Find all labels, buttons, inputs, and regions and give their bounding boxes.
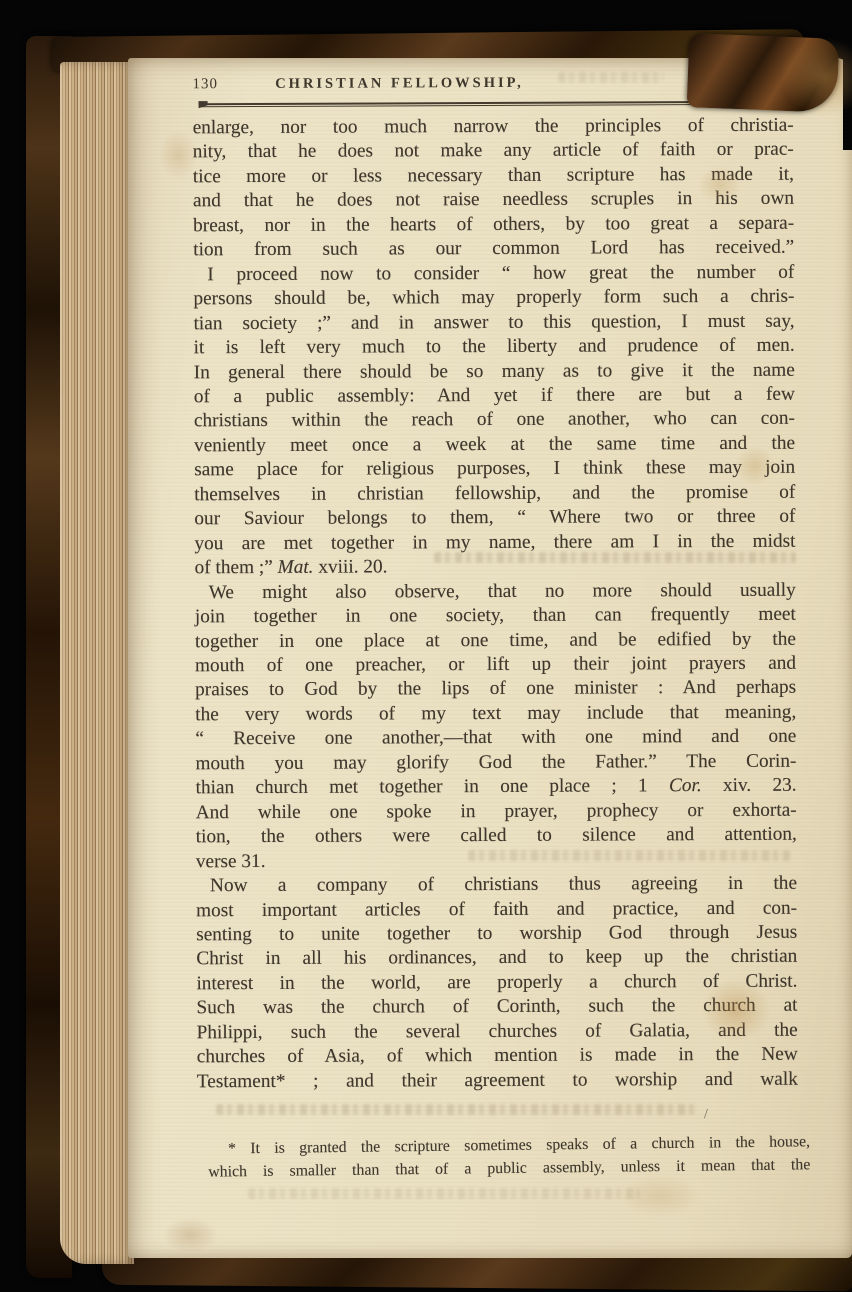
text-line: praises to God by the lips of one minist… <box>195 676 796 703</box>
text-line: breast, nor in the hearts of others, by … <box>193 211 794 238</box>
text-line: tian society ;” and in answer to this qu… <box>193 309 794 336</box>
book-page: 130 CHRISTIAN FELLOWSHIP, [SERM. IX. enl… <box>128 58 852 1258</box>
text-line: tion from such as our common Lord has re… <box>193 236 794 263</box>
text-line: you are met together in my name, there a… <box>194 529 795 556</box>
text-line: interest in the world, are properly a ch… <box>196 970 797 997</box>
book-cover-corner <box>687 33 840 113</box>
text-line: of them ;” Mat. xviii. 20. <box>195 554 796 581</box>
text-line: I proceed now to consider “ how great th… <box>193 260 794 287</box>
text-line: veniently meet once a week at the same t… <box>194 432 795 459</box>
page-fore-edge-stack <box>60 62 134 1264</box>
scanned-book-photo: 130 CHRISTIAN FELLOWSHIP, [SERM. IX. enl… <box>0 0 852 1292</box>
text-line: it is left very much to the liberty and … <box>194 334 795 361</box>
body-text: enlarge, nor too much narrow the princip… <box>193 114 798 1095</box>
stray-printing-mark: / <box>704 1107 708 1123</box>
text-line: together in one place at one time, and b… <box>195 627 796 654</box>
text-line: tion, the others were called to silence … <box>196 823 797 850</box>
text-line: “ Receive one another,—that with one min… <box>195 725 796 752</box>
text-line: churches of Asia, of which mention is ma… <box>197 1043 798 1070</box>
text-line: mouth you may glorify God the Father.” T… <box>195 749 796 776</box>
text-line: join together in one society, than can f… <box>195 603 796 630</box>
paragraph: We might also observe, that no more shou… <box>195 578 797 874</box>
text-line: most important articles of faith and pra… <box>196 896 797 923</box>
text-line: And while one spoke in prayer, prophecy … <box>196 798 797 825</box>
text-line: Testament* ; and their agreement to wors… <box>197 1067 798 1094</box>
paragraph: enlarge, nor too much narrow the princip… <box>193 114 795 263</box>
text-line: same place for religious purposes, I thi… <box>194 456 795 483</box>
text-line: the very words of my text may include th… <box>195 701 796 728</box>
background-gap <box>843 0 852 150</box>
text-line: Such was the church of Corinth, such the… <box>196 994 797 1021</box>
text-line: Philippi, such the several churches of G… <box>197 1018 798 1045</box>
text-line: mouth of one preacher, or lift up their … <box>195 652 796 679</box>
text-line: Now a company of christians thus agreein… <box>196 872 797 899</box>
text-line: themselves in christian fellowship, and … <box>194 480 795 507</box>
text-line: senting to unite together to worship God… <box>196 921 797 948</box>
text-line: tice more or less necessary than scriptu… <box>193 163 794 190</box>
rule-ornament <box>199 101 208 108</box>
paragraph: Now a company of christians thus agreein… <box>196 872 798 1095</box>
paragraph: I proceed now to consider “ how great th… <box>193 260 795 581</box>
text-line: enlarge, nor too much narrow the princip… <box>193 114 794 141</box>
text-line: and that he does not raise needless scru… <box>193 187 794 214</box>
text-line: our Saviour belongs to them, “ Where two… <box>194 505 795 532</box>
text-line: thian church met together in one place ;… <box>196 774 797 801</box>
text-line: In general there should be so many as to… <box>194 358 795 385</box>
page-content: 130 CHRISTIAN FELLOWSHIP, [SERM. IX. enl… <box>125 56 852 1259</box>
text-line: verse 31. <box>196 847 797 874</box>
footnote: * It is granted the scripture sometimes … <box>208 1130 811 1183</box>
running-title: CHRISTIAN FELLOWSHIP, <box>204 75 594 94</box>
text-line: of a public assembly: And yet if there a… <box>194 383 795 410</box>
text-line: We might also observe, that no more shou… <box>195 578 796 605</box>
text-line: nity, that he does not make any article … <box>193 138 794 165</box>
text-line: christians within the reach of one anoth… <box>194 407 795 434</box>
text-line: persons should be, which may properly fo… <box>193 285 794 312</box>
text-line: Christ in all his ordinances, and to kee… <box>196 945 797 972</box>
